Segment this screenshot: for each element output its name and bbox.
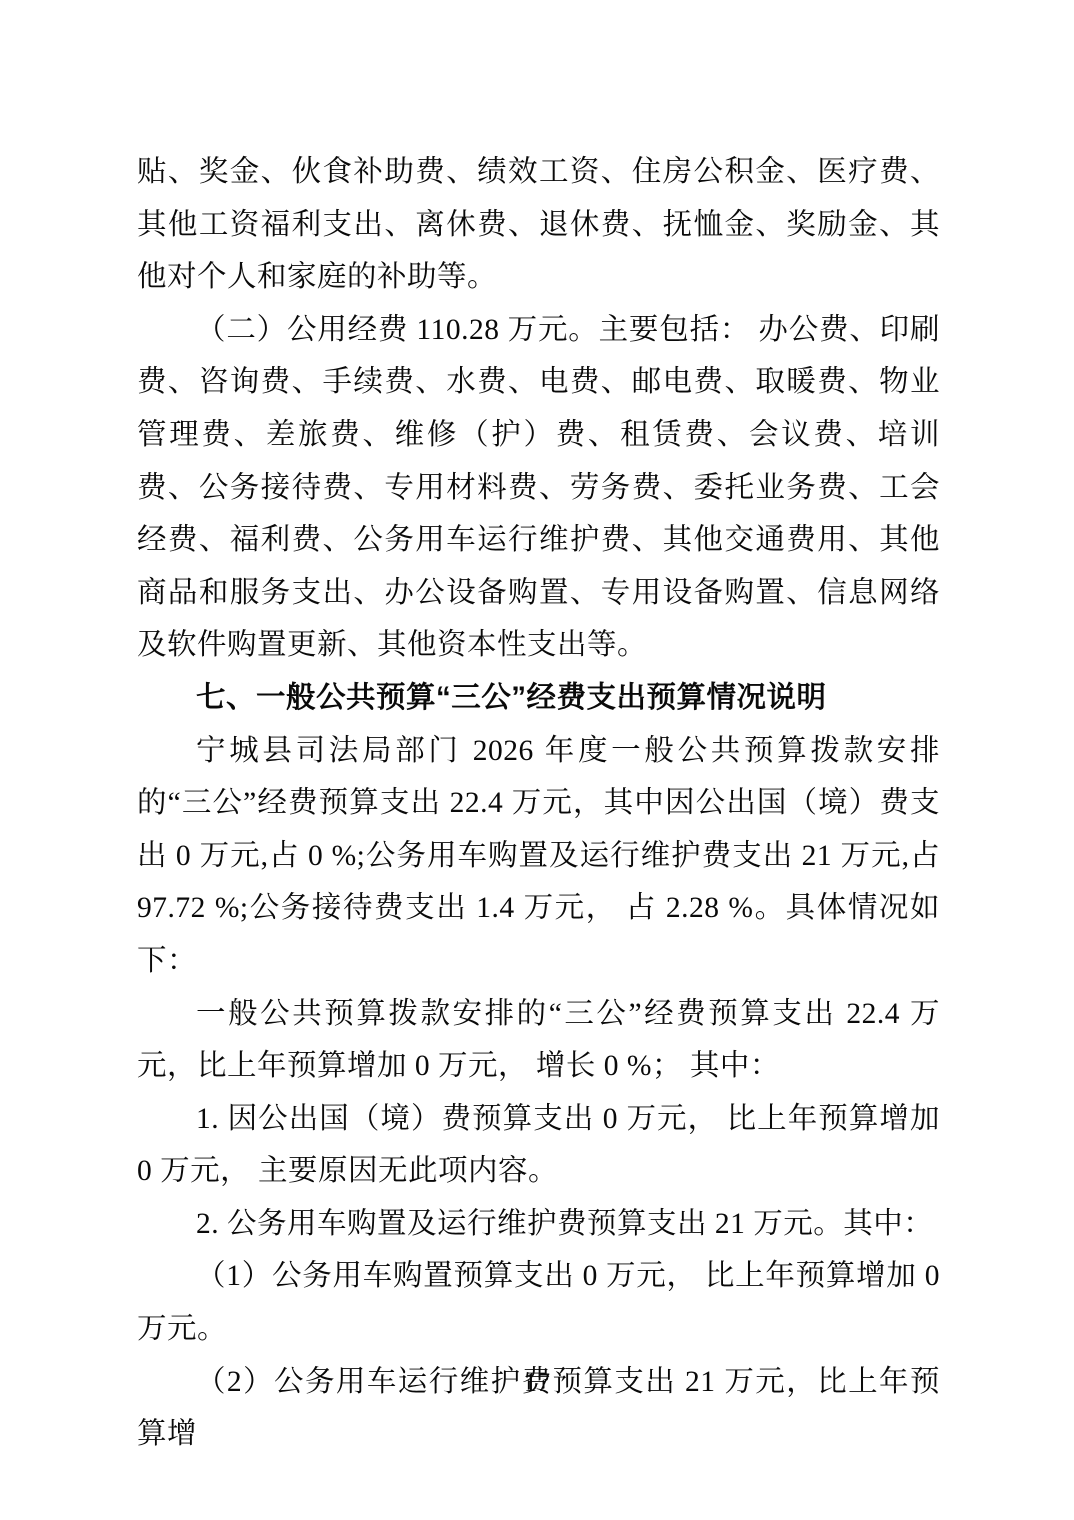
document-body: 贴、奖金、伙食补助费、绩效工资、住房公积金、医疗费、其他工资福利支出、离休费、退…	[137, 146, 940, 1461]
section-heading-seven-sangong-budget: 七、一般公共预算“三公”经费支出预算情况说明	[137, 672, 940, 725]
paragraph-sangong-total-change: 一般公共预算拨款安排的“三公”经费预算支出 22.4 万元，比上年预算增加 0 …	[137, 988, 940, 1093]
paragraph-item-2-official-vehicles: 2. 公务用车购置及运行维护费预算支出 21 万元。其中：	[137, 1198, 940, 1251]
paragraph-personnel-subsidy-continuation: 贴、奖金、伙食补助费、绩效工资、住房公积金、医疗费、其他工资福利支出、离休费、退…	[137, 146, 940, 304]
paragraph-sangong-overview: 宁城县司法局部门 2026 年度一般公共预算拨款安排的“三公”经费预算支出 22…	[137, 725, 940, 988]
page-number: 17	[0, 1368, 1074, 1398]
document-page: 贴、奖金、伙食补助费、绩效工资、住房公积金、医疗费、其他工资福利支出、离休费、退…	[0, 0, 1074, 1520]
paragraph-item-2-1-vehicle-purchase: （1）公务用车购置预算支出 0 万元， 比上年预算增加 0 万元。	[137, 1250, 940, 1355]
paragraph-public-operating-funds: （二）公用经费 110.28 万元。主要包括： 办公费、印刷费、咨询费、手续费、…	[137, 304, 940, 672]
paragraph-item-1-overseas-trips: 1. 因公出国（境）费预算支出 0 万元， 比上年预算增加 0 万元， 主要原因…	[137, 1093, 940, 1198]
